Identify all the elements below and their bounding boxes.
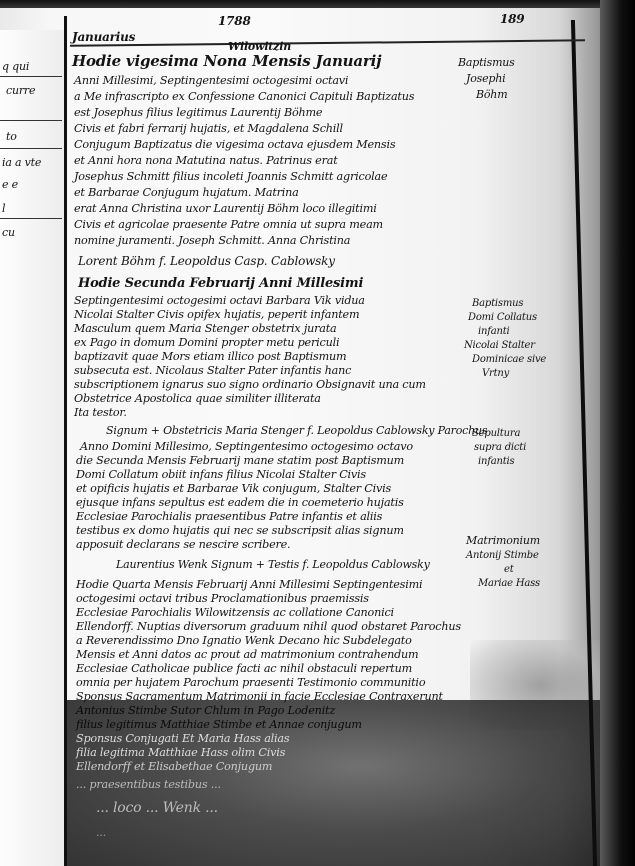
margin-note: supra dicti xyxy=(474,442,526,453)
left-fragment: ia a vte xyxy=(2,156,41,169)
margin-note: Baptismus xyxy=(472,298,523,309)
entry-line: ... praesentibus testibus ... xyxy=(76,778,221,791)
margin-note: Böhm xyxy=(476,88,507,101)
entry-line: Domi Collatum obiit infans filius Nicola… xyxy=(76,468,366,481)
entry-line: Civis et agricolae praesente Patre omnia… xyxy=(74,218,383,231)
entry-line: et Anni hora nona Matutina natus. Patrin… xyxy=(74,154,338,167)
entry-line: Obstetrice Apostolica quae similiter ill… xyxy=(74,392,321,405)
month-heading: Januarius xyxy=(72,30,135,44)
entry-line: Sponsus Conjugati Et Maria Hass alias xyxy=(76,732,289,745)
margin-note: Antonij Stimbe xyxy=(466,550,539,561)
left-rule xyxy=(0,148,62,149)
entry-line: omnia per hujatem Parochum praesenti Tes… xyxy=(76,676,425,689)
entry-line: Hodie vigesima Nona Mensis Januarij xyxy=(72,52,381,70)
entry-line: Sponsus Sacramentum Matrimonii in facie … xyxy=(76,690,443,703)
entry-line: Ecclesiae Parochialis praesentibus Patre… xyxy=(76,510,382,523)
entry-line: Antonius Stimbe Sutor Chlum in Pago Lode… xyxy=(76,704,335,717)
entry-line: ... loco ... Wenk ... xyxy=(96,800,218,816)
entry-line: Nicolai Stalter Civis opifex hujatis, pe… xyxy=(74,308,359,321)
entry-line: Mensis et Anni datos ac prout ad matrimo… xyxy=(76,648,418,661)
entry-line: Anno Domini Millesimo, Septingentesimo o… xyxy=(80,440,413,453)
margin-note: Vrtny xyxy=(482,368,509,379)
margin-note: Domi Collatus xyxy=(468,312,537,323)
left-fragment: curre xyxy=(6,84,35,97)
entry-line: octogesimi octavi tribus Proclamationibu… xyxy=(76,592,369,605)
margin-note: Dominicae sive xyxy=(472,354,546,365)
entry-line: erat Anna Christina uxor Laurentij Böhm … xyxy=(74,202,377,215)
margin-note: infanti xyxy=(478,326,510,337)
entry-line: nomine juramenti. Joseph Schmitt. Anna C… xyxy=(74,234,350,247)
margin-note: Baptismus xyxy=(458,56,515,69)
entry-line: testibus ex domo hujatis qui nec se subs… xyxy=(76,524,404,537)
entry-line: a Me infrascripto ex Confessione Canonic… xyxy=(74,90,414,103)
year-heading: 1788 xyxy=(218,14,251,28)
entry-line: ex Pago in domum Domini propter metu per… xyxy=(74,336,339,349)
folio-number: 189 xyxy=(500,12,524,26)
entry-line: subsecuta est. Nicolaus Stalter Pater in… xyxy=(74,364,351,377)
signatures: Lorent Böhm f. Leopoldus Casp. Cablowsky xyxy=(78,254,335,268)
left-rule xyxy=(0,218,62,219)
left-rule xyxy=(0,76,62,77)
entry-line: Ecclesiae Parochialis Wilowitzensis ac c… xyxy=(76,606,394,619)
entry-line: Conjugum Baptizatus die vigesima octava … xyxy=(74,138,395,151)
entry-line: Ellendorff. Nuptias diversorum graduum n… xyxy=(76,620,461,633)
entry-line: Civis et fabri ferrarij hujatis, et Magd… xyxy=(74,122,343,135)
entry-line: Hodie Secunda Februarij Anni Millesimi xyxy=(78,276,363,291)
left-fragment: to xyxy=(6,130,17,143)
entry-line: filius legitimus Matthiae Stimbe et Anna… xyxy=(76,718,362,731)
entry-line: ejusque infans sepultus est eadem die in… xyxy=(76,496,404,509)
margin-note: Matrimonium xyxy=(466,534,540,547)
entry-line: a Reverendissimo Dno Ignatio Wenk Decano… xyxy=(76,634,412,647)
entry-line: apposuit declarans se nescire scribere. xyxy=(76,538,290,551)
margin-note: Sepultura xyxy=(472,428,520,439)
signatures: Signum + Obstetricis Maria Stenger f. Le… xyxy=(106,424,487,437)
entry-line: Anni Millesimi, Septingentesimi octogesi… xyxy=(74,74,348,87)
entry-line: Ellendorff et Elisabethae Conjugum xyxy=(76,760,272,773)
signatures: Laurentius Wenk Signum + Testis f. Leopo… xyxy=(116,558,430,571)
left-fragment: e e xyxy=(2,178,18,191)
entry-line: Hodie Quarta Mensis Februarij Anni Mille… xyxy=(76,578,422,591)
left-fragment: q qui xyxy=(2,60,29,73)
entry-line: Masculum quem Maria Stenger obstetrix ju… xyxy=(74,322,337,335)
entry-line: et Barbarae Conjugum hujatum. Matrina xyxy=(74,186,299,199)
entry-line: die Secunda Mensis Februarij mane statim… xyxy=(76,454,404,467)
margin-note: infantis xyxy=(478,456,515,467)
entry-line: Josephus Schmitt filius incoleti Joannis… xyxy=(74,170,387,183)
left-rule xyxy=(0,120,62,121)
entry-line: Ita testor. xyxy=(74,406,127,419)
margin-note: Nicolai Stalter xyxy=(464,340,535,351)
entry-line: Septingentesimi octogesimi octavi Barbar… xyxy=(74,294,365,307)
entry-line: Ecclesiae Catholicae publice facti ac ni… xyxy=(76,662,412,675)
entry-line: et opificis hujatis et Barbarae Vik conj… xyxy=(76,482,391,495)
entry-line: est Josephus filius legitimus Laurentij … xyxy=(74,106,322,119)
margin-note: Josephi xyxy=(466,72,505,85)
margin-note: Mariae Hass xyxy=(478,578,540,589)
margin-note: et xyxy=(504,564,514,575)
entry-line: ... xyxy=(96,826,106,839)
left-fragment: l xyxy=(2,202,5,215)
entry-line: baptizavit quae Mors etiam illico post B… xyxy=(74,350,346,363)
binding-gutter xyxy=(64,16,67,866)
page-edge-shadow xyxy=(600,0,635,866)
entry-line: subscriptionem ignarus suo signo ordinar… xyxy=(74,378,426,391)
left-fragment: cu xyxy=(2,226,15,239)
entry-line: filia legitima Matthiae Hass olim Civis xyxy=(76,746,285,759)
